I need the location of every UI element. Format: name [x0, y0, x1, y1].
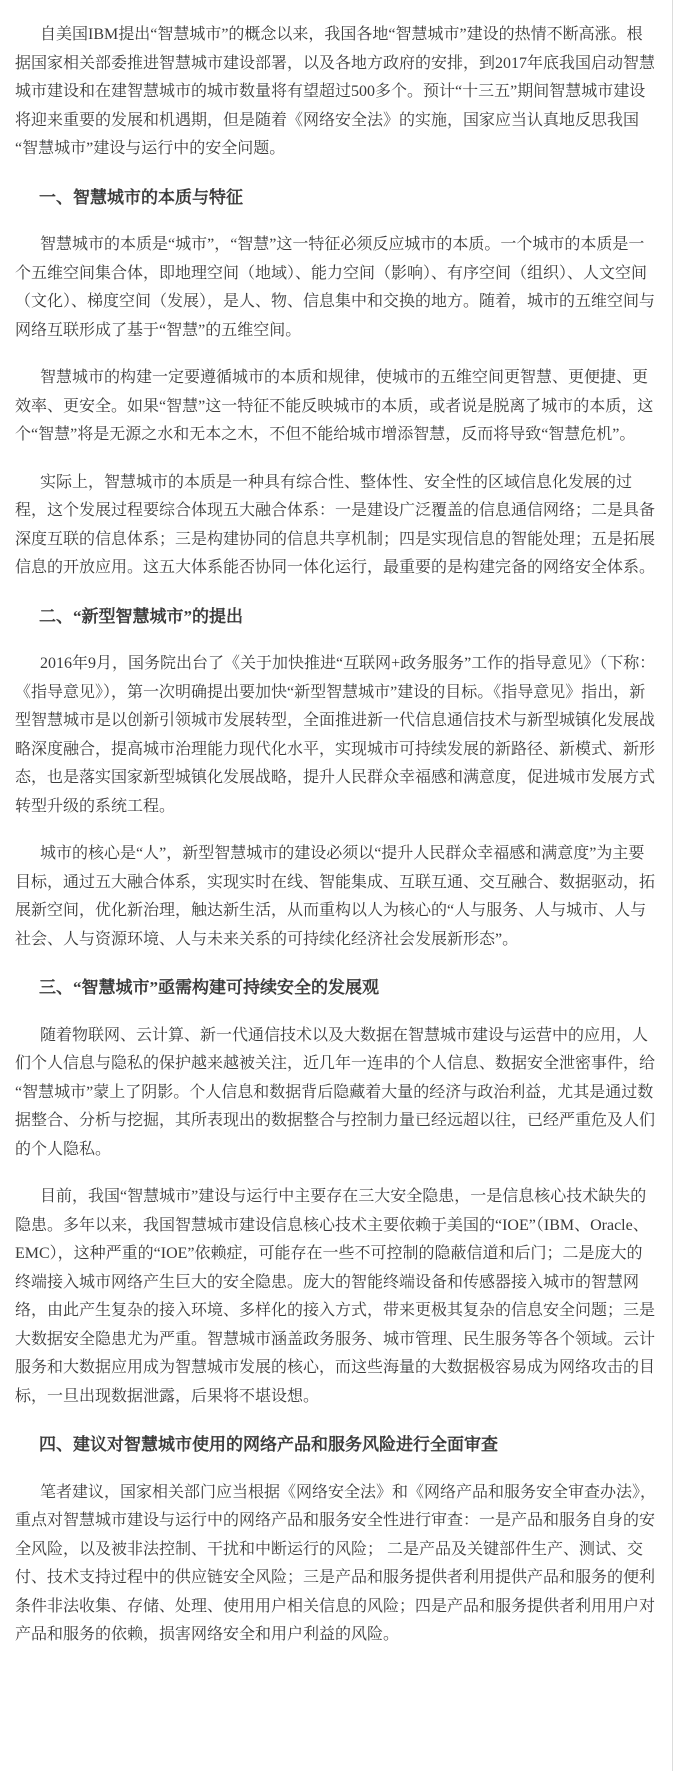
paragraph: 城市的核心是“人”，新型智慧城市的建设必须以“提升人民群众幸福感和满意度”为主要… [15, 840, 658, 954]
paragraph: 实际上，智慧城市的本质是一种具有综合性、整体性、安全性的区域信息化发展的过程，这… [15, 469, 658, 583]
paragraph: 自美国IBM提出“智慧城市”的概念以来，我国各地“智慧城市”建设的热情不断高涨。… [15, 21, 658, 164]
section-heading: 四、建议对智慧城市使用的网络产品和服务风险进行全面审查 [15, 1431, 658, 1460]
paragraph: 2016年9月，国务院出台了《关于加快推进“互联网+政务服务”工作的指导意见》（… [15, 650, 658, 821]
right-edge-line [672, 0, 673, 1771]
article-page: 自美国IBM提出“智慧城市”的概念以来，我国各地“智慧城市”建设的热情不断高涨。… [0, 0, 676, 1771]
section-heading: 三、“智慧城市”亟需构建可持续安全的发展观 [15, 974, 658, 1003]
article-body: 自美国IBM提出“智慧城市”的概念以来，我国各地“智慧城市”建设的热情不断高涨。… [15, 21, 658, 1650]
paragraph: 随着物联网、云计算、新一代通信技术以及大数据在智慧城市建设与运营中的应用，人们个… [15, 1022, 658, 1165]
section-heading: 一、智慧城市的本质与特征 [15, 184, 658, 213]
section-heading: 二、“新型智慧城市”的提出 [15, 603, 658, 632]
paragraph: 笔者建议，国家相关部门应当根据《网络安全法》和《网络产品和服务安全审查办法》，重… [15, 1479, 658, 1650]
paragraph: 目前，我国“智慧城市”建设与运行中主要存在三大安全隐患，一是信息核心技术缺失的隐… [15, 1183, 658, 1411]
paragraph: 智慧城市的构建一定要遵循城市的本质和规律，使城市的五维空间更智慧、更便捷、更效率… [15, 364, 658, 450]
paragraph: 智慧城市的本质是“城市”，“智慧”这一特征必须反应城市的本质。一个城市的本质是一… [15, 231, 658, 345]
